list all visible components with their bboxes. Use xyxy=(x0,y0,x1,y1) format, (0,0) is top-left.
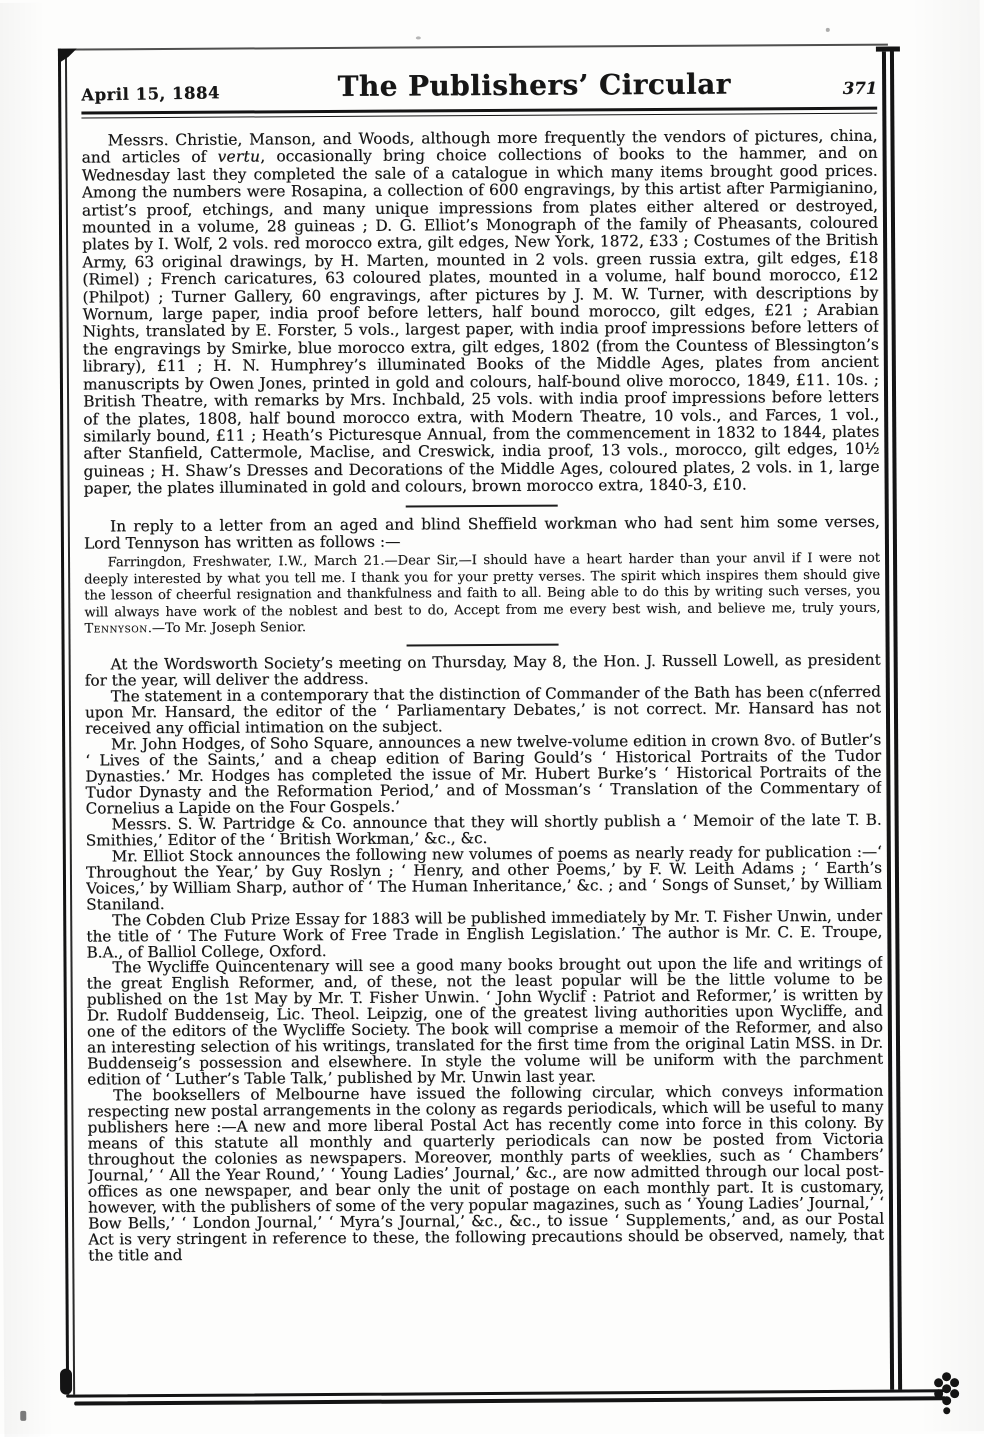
ink-speckle xyxy=(826,28,830,32)
news-item-hansard: The statement in a contemporary that the… xyxy=(85,685,881,738)
header-double-rule xyxy=(81,107,877,119)
news-item-hodges: Mr. John Hodges, of Soho Square, announc… xyxy=(85,733,881,818)
publication-title: The Publishers’ Circular xyxy=(271,67,797,103)
news-item-wycliffe: The Wycliffe Quincentenary will see a go… xyxy=(86,956,883,1088)
masthead: April 15, 1884 The Publishers’ Circular … xyxy=(81,56,877,105)
page-content: April 15, 1884 The Publishers’ Circular … xyxy=(81,56,885,1391)
page-number: 371 xyxy=(797,79,877,100)
tennyson-signature: Tennyson xyxy=(84,621,147,636)
news-item-elliot-stock: Mr. Elliot Stock announces the following… xyxy=(86,844,882,913)
section-divider xyxy=(406,504,558,508)
ink-speckle xyxy=(20,1411,26,1421)
ink-blob xyxy=(60,1369,72,1395)
letter-body: Farringdon, Freshwater, I.W., March 21.—… xyxy=(84,551,880,620)
scan-background: April 15, 1884 The Publishers’ Circular … xyxy=(0,0,984,1434)
vertu-italic-word: vertu xyxy=(217,148,260,166)
issue-date: April 15, 1884 xyxy=(81,82,271,105)
letter-closing: .—To Mr. Joseph Senior. xyxy=(148,620,306,636)
frame-bottom-rule-lower xyxy=(74,1396,946,1405)
tennyson-letter-paragraph: Farringdon, Freshwater, I.W., March 21.—… xyxy=(84,551,880,638)
floral-ornament-icon xyxy=(942,1384,951,1393)
tennyson-intro-paragraph: In reply to a letter from an aged and bl… xyxy=(84,513,880,553)
auction-text-rest: , occasionally bring choice collections … xyxy=(82,144,880,498)
corner-ink-mark xyxy=(58,49,77,64)
frame-right-cap xyxy=(876,46,900,51)
auction-report-paragraph: Messrs. Christie, Manson, and Woods, alt… xyxy=(81,128,879,498)
section-divider xyxy=(407,644,559,648)
ink-speckle xyxy=(416,36,421,39)
scanned-periodical-page: { "colors": { "ink": "#161616", "paper":… xyxy=(0,0,984,1434)
news-item-cobden-club: The Cobden Club Prize Essay for 1883 wil… xyxy=(86,908,882,961)
news-item-melbourne: The booksellers of Melbourne have issued… xyxy=(87,1084,884,1264)
page-frame: April 15, 1884 The Publishers’ Circular … xyxy=(0,0,984,1434)
frame-top-rule xyxy=(58,44,888,51)
